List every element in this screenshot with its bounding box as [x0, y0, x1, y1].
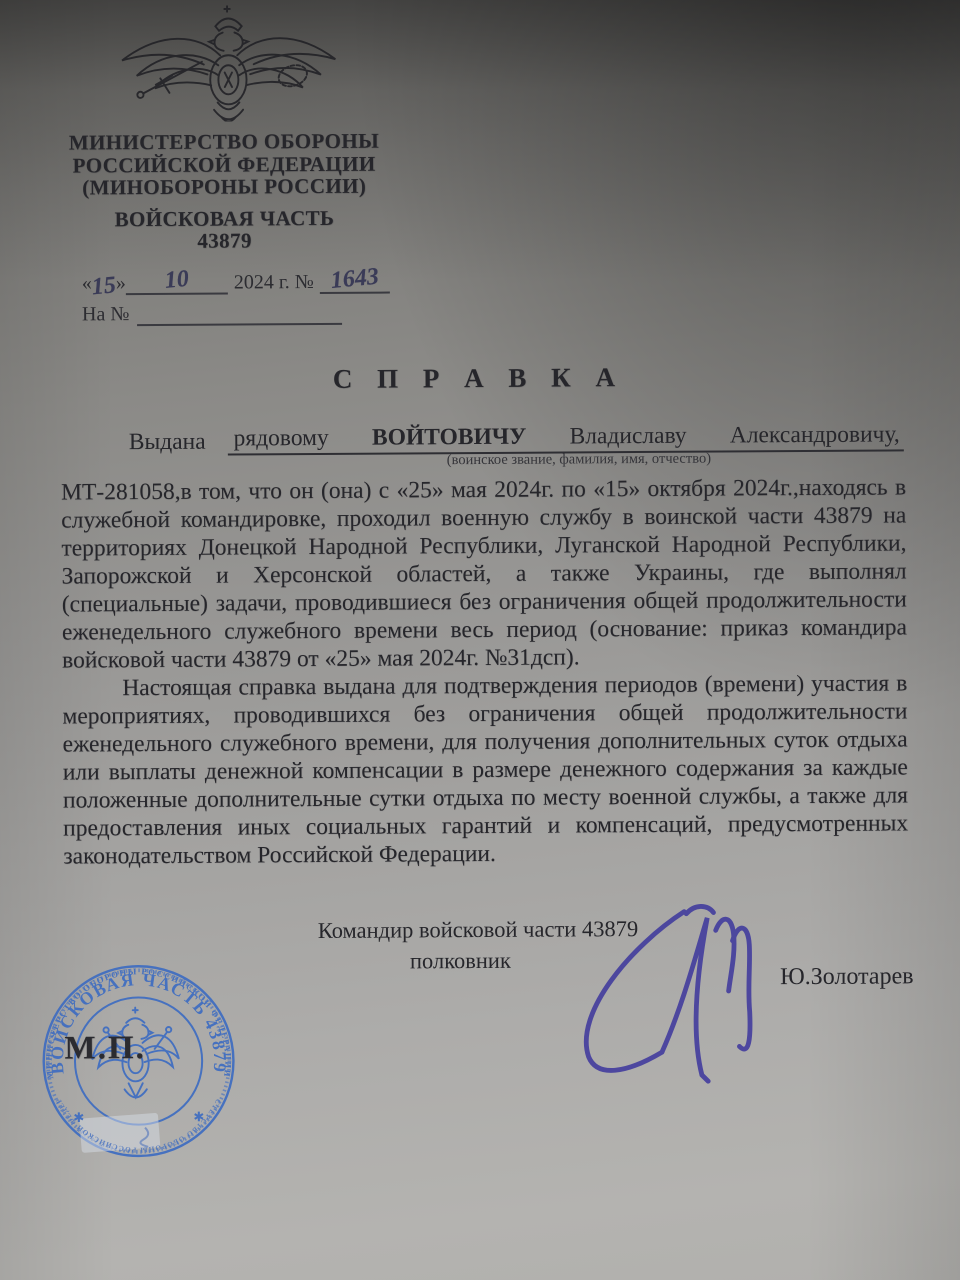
recipient-underlined: рядовому ВОЙТОВИЧУ Владиславу Александро… [228, 421, 904, 455]
ministry-line-3: (МИНОБОРОНЫ РОССИИ) [55, 175, 393, 200]
letterhead: МИНИСТЕРСТВО ОБОРОНЫ РОССИЙСКОЙ ФЕДЕРАЦИ… [55, 130, 394, 254]
place-of-seal-label: М.П. [64, 1030, 146, 1067]
recipient-surname: ВОЙТОВИЧУ [372, 424, 526, 452]
unit-name: ВОЙСКОВАЯ ЧАСТЬ [55, 206, 393, 231]
issued-label: Выдана [129, 429, 228, 457]
reply-to-label: На № [82, 303, 130, 326]
year-number-label: 2024 г. № [228, 271, 320, 295]
doc-number-handwritten: 1643 [330, 268, 379, 290]
stamp-star-left: ✱ [73, 1110, 84, 1125]
recipient-caption: (воинское звание, фамилия, имя, отчество… [429, 450, 729, 469]
reply-number-blank [137, 300, 342, 326]
stamp-star-right: ✱ [193, 1109, 204, 1124]
mod-eagle-emblem-icon [112, 3, 341, 122]
recipient-first-name: Владиславу [569, 423, 686, 451]
ministry-line-1: МИНИСТЕРСТВО ОБОРОНЫ [55, 130, 393, 155]
month-blank: 10 [126, 270, 228, 296]
signature-ink-icon [542, 896, 763, 1107]
close-quote: » [116, 272, 126, 295]
doc-number-blank: 1643 [320, 269, 390, 294]
unit-number: 43879 [55, 229, 393, 254]
commander-rank: полковник [410, 948, 511, 975]
body-paragraph-2: Настоящая справка выдана для подтвержден… [62, 669, 908, 870]
body-paragraph-1: МТ-281058,в том, что он (она) с «25» мая… [61, 473, 907, 674]
certificate-title: С П Р А В К А [0, 360, 958, 397]
recipient-patronymic: Александровичу, [730, 421, 900, 449]
document-photo: МИНИСТЕРСТВО ОБОРОНЫ РОССИЙСКОЙ ФЕДЕРАЦИ… [0, 0, 960, 1280]
commander-name: Ю.Золотарев [780, 963, 914, 991]
date-number-block: « 15 » 10 2024 г. № 1643 На № [82, 269, 390, 327]
document-page: МИНИСТЕРСТВО ОБОРОНЫ РОССИЙСКОЙ ФЕДЕРАЦИ… [0, 0, 960, 1280]
month-handwritten: 10 [164, 270, 190, 290]
certificate-body: МТ-281058,в том, что он (она) с «25» мая… [61, 473, 908, 870]
recipient-rank: рядовому [234, 425, 329, 453]
day-handwritten: 15 [91, 276, 117, 296]
